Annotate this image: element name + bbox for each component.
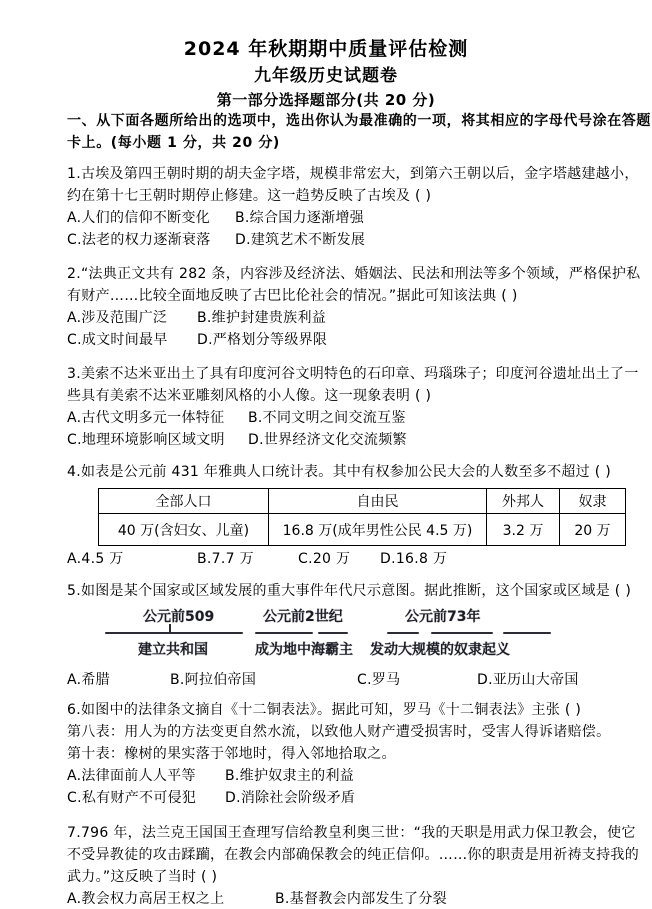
question-text: 不受异教徒的攻击蹂躏，在教会内部确保教会的纯正信仰。……你的职责是用祈祷支持我的 — [67, 844, 626, 866]
question-text: 3.美索不达米亚出土了具有印度河谷文明特色的石印章、玛瑙珠子；印度河谷遗址出土了… — [67, 363, 626, 385]
option-c: C.私有财产不可侵犯 — [67, 787, 225, 809]
option-b: B.综合国力逐渐增强 — [235, 207, 364, 229]
option-a: A.教会权力高居王权之上 — [67, 888, 275, 909]
page-title: 2024 年秋期期中质量评估检测 — [0, 36, 652, 62]
timeline-axis-segment — [318, 632, 348, 634]
options-row: A.希腊 B.阿拉伯帝国 C.罗马 D.亚历山大帝国 — [67, 669, 626, 691]
timeline-event: 建立共和国 — [138, 639, 208, 659]
law-excerpt-line: 第八表：用人为的方法变更自然水流，以致他人财产遭受损害时，受害人得诉诸赔偿。 — [67, 721, 626, 743]
option-a: A.涉及范围广泛 — [67, 307, 197, 329]
table-cell: 40 万(含妇女、儿童) — [99, 514, 269, 546]
table-header-cell: 自由民 — [269, 489, 487, 514]
options-row: A.古代文明多元一体特征 B.不同文明之间交流互鉴 — [67, 407, 626, 429]
option-c: C.罗马 — [357, 669, 477, 691]
option-a: A.人们的信仰不断变化 — [67, 207, 235, 229]
population-table: 全部人口 自由民 外邦人 奴隶 40 万(含妇女、儿童) 16.8 万(成年男性… — [98, 488, 626, 546]
question-text: 约在第十七王朝时期停止修建。这一趋势反映了古埃及 ( ) — [67, 185, 626, 207]
options-row: A.法律面前人人平等 B.维护奴隶主的利益 — [67, 765, 626, 787]
question-4: 4.如表是公元前 431 年雅典人口统计表。其中有权参加公民大会的人数至多不超过… — [67, 461, 626, 570]
table-cell: 16.8 万(成年男性公民 4.5 万) — [269, 514, 487, 546]
timeline-figure: 公元前509 公元前2世纪 公元前73年 建立共和国 成为地中海霸主 发动大规模… — [105, 605, 565, 669]
options-row: A.教会权力高居王权之上 B.基督教会内部发生了分裂 — [67, 888, 626, 909]
option-b: B.阿拉伯帝国 — [170, 669, 357, 691]
table-header-cell: 奴隶 — [560, 489, 626, 514]
option-d: D.16.8 万 — [380, 548, 447, 570]
paper-header: 2024 年秋期期中质量评估检测 九年级历史试题卷 第一部分选择题部分(共 20… — [0, 0, 652, 110]
question-text: 5.如图是某个国家或区域发展的重大事件年代尺示意图。据此推断，这个国家或区域是 … — [67, 580, 626, 602]
timeline-axis-segment — [255, 632, 313, 634]
table-header-cell: 外邦人 — [487, 489, 560, 514]
question-text: 7.796 年，法兰克王国国王查理写信给教皇利奥三世：“我的天职是用武力保卫教会… — [67, 822, 626, 844]
option-b: B.维护封建贵族利益 — [197, 307, 326, 329]
option-d: D.世界经济文化交流频繁 — [248, 429, 407, 451]
table-cell: 3.2 万 — [487, 514, 560, 546]
timeline-event: 发动大规模的奴隶起义 — [370, 639, 510, 659]
timeline-tick — [169, 624, 171, 632]
option-c: C.成文时间最早 — [67, 329, 197, 351]
timeline-date: 公元前2世纪 — [263, 606, 343, 626]
options-row: A.涉及范围广泛 B.维护封建贵族利益 — [67, 307, 626, 329]
timeline-axis-segment — [503, 632, 551, 634]
timeline-date: 公元前73年 — [405, 606, 480, 626]
options-row: A.人们的信仰不断变化 B.综合国力逐渐增强 — [67, 207, 626, 229]
timeline-date: 公元前509 — [143, 606, 214, 626]
option-a: A.4.5 万 — [67, 548, 197, 570]
option-b: B.基督教会内部发生了分裂 — [275, 888, 447, 909]
instructions-line: 卡上。(每小题 1 分，共 20 分) — [67, 132, 626, 154]
question-text: 有财产……比较全面地反映了古巴比伦社会的情况。”据此可知该法典 ( ) — [67, 285, 626, 307]
instructions: 一、从下面各题所给出的选项中，选出你认为最准确的一项，将其相应的字母代号涂在答题… — [67, 110, 626, 154]
question-5: 5.如图是某个国家或区域发展的重大事件年代尺示意图。据此推断，这个国家或区域是 … — [67, 580, 626, 691]
option-c: C.地理环境影响区域文明 — [67, 429, 248, 451]
table-header-row: 全部人口 自由民 外邦人 奴隶 — [99, 489, 626, 514]
question-text: 4.如表是公元前 431 年雅典人口统计表。其中有权参加公民大会的人数至多不超过… — [67, 461, 626, 483]
exam-paper-page: 2024 年秋期期中质量评估检测 九年级历史试题卷 第一部分选择题部分(共 20… — [0, 0, 652, 909]
option-a: A.法律面前人人平等 — [67, 765, 225, 787]
options-row: C.法老的权力逐渐衰落 D.建筑艺术不断发展 — [67, 229, 626, 251]
question-2: 2.“法典正文共有 282 条，内容涉及经济法、婚姻法、民法和刑法等多个领域，严… — [67, 263, 626, 351]
question-text: 6.如图中的法律条文摘自《十二铜表法》。据此可知，罗马《十二铜表法》主张 ( ) — [67, 699, 626, 721]
question-7: 7.796 年，法兰克王国国王查理写信给教皇利奥三世：“我的天职是用武力保卫教会… — [67, 822, 626, 909]
timeline-event: 成为地中海霸主 — [255, 639, 353, 659]
question-text: 些具有美索不达米亚雕刻风格的小人像。这一现象表明 ( ) — [67, 385, 626, 407]
options-row: C.私有财产不可侵犯 D.消除社会阶级矛盾 — [67, 787, 626, 809]
option-b: B.7.7 万 — [197, 548, 298, 570]
option-b: B.不同文明之间交流互鉴 — [248, 407, 406, 429]
question-3: 3.美索不达米亚出土了具有印度河谷文明特色的石印章、玛瑙珠子；印度河谷遗址出土了… — [67, 363, 626, 451]
question-text: 武力。”这反映了当时 ( ) — [67, 866, 626, 888]
question-1: 1.古埃及第四王朝时期的胡夫金字塔，规模非常宏大，到第六王朝以后，金字塔越建越小… — [67, 163, 626, 251]
option-a: A.古代文明多元一体特征 — [67, 407, 248, 429]
table-row: 40 万(含妇女、儿童) 16.8 万(成年男性公民 4.5 万) 3.2 万 … — [99, 514, 626, 546]
question-6: 6.如图中的法律条文摘自《十二铜表法》。据此可知，罗马《十二铜表法》主张 ( )… — [67, 699, 626, 809]
timeline-axis-segment — [431, 632, 493, 634]
section-heading: 第一部分选择题部分(共 20 分) — [0, 90, 652, 110]
option-b: B.维护奴隶主的利益 — [225, 765, 354, 787]
law-excerpt-line: 第十表：橡树的果实落于邻地时，得入邻地拾取之。 — [67, 743, 626, 765]
option-d: D.消除社会阶级矛盾 — [225, 787, 355, 809]
option-d: D.建筑艺术不断发展 — [235, 229, 365, 251]
options-row: C.成文时间最早 D.严格划分等级界限 — [67, 329, 626, 351]
table-cell: 20 万 — [560, 514, 626, 546]
question-text: 1.古埃及第四王朝时期的胡夫金字塔，规模非常宏大，到第六王朝以后，金字塔越建越小… — [67, 163, 626, 185]
options-row: C.地理环境影响区域文明 D.世界经济文化交流频繁 — [67, 429, 626, 451]
option-a: A.希腊 — [67, 669, 170, 691]
timeline-axis-segment — [387, 632, 419, 634]
options-row: A.4.5 万 B.7.7 万 C.20 万 D.16.8 万 — [67, 548, 626, 570]
table-header-cell: 全部人口 — [99, 489, 269, 514]
paper-body: 一、从下面各题所给出的选项中，选出你认为最准确的一项，将其相应的字母代号涂在答题… — [0, 110, 652, 909]
option-d: D.亚历山大帝国 — [477, 669, 579, 691]
timeline-axis-segment — [105, 632, 243, 634]
option-c: C.20 万 — [298, 548, 380, 570]
instructions-line: 一、从下面各题所给出的选项中，选出你认为最准确的一项，将其相应的字母代号涂在答题 — [67, 110, 626, 132]
option-c: C.法老的权力逐渐衰落 — [67, 229, 235, 251]
question-text: 2.“法典正文共有 282 条，内容涉及经济法、婚姻法、民法和刑法等多个领域，严… — [67, 263, 626, 285]
option-d: D.严格划分等级界限 — [197, 329, 327, 351]
paper-subtitle: 九年级历史试题卷 — [0, 64, 652, 88]
